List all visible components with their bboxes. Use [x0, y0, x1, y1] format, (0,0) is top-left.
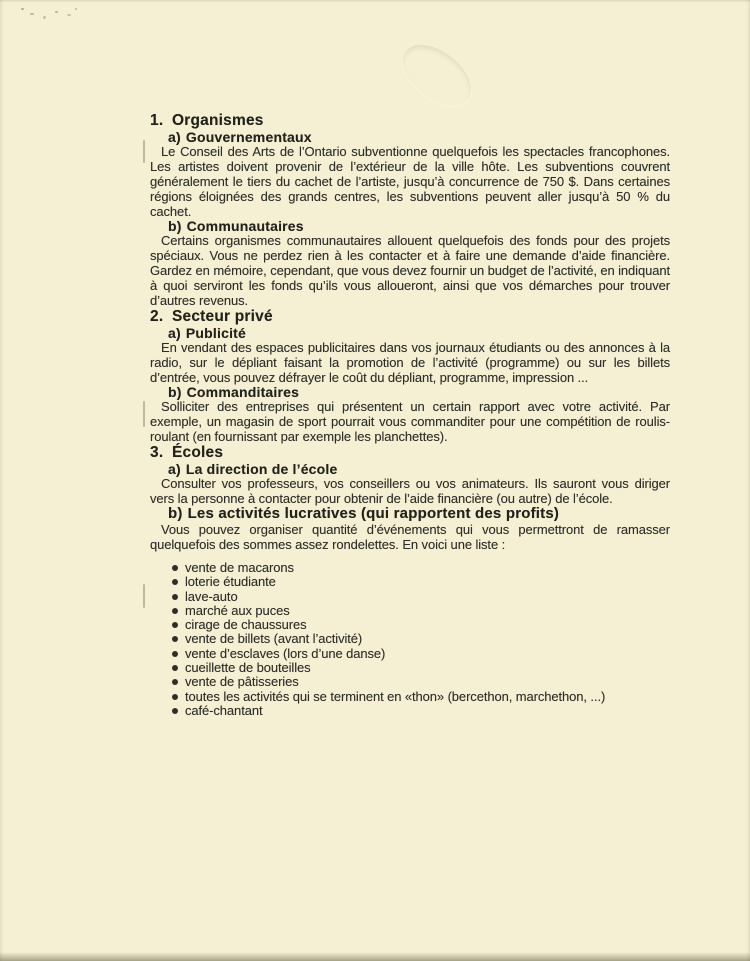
subsection-title: Publicité [186, 325, 246, 341]
section-number: 2. [150, 308, 172, 326]
subsection-label: b) [168, 218, 182, 234]
subsection-heading-communautaires: b)Communautaires [168, 219, 670, 233]
list-item: café-chantant [172, 704, 670, 718]
list-item: marché aux puces [172, 604, 670, 618]
paragraph-publicite: En vendant des espaces publicitaires dan… [150, 340, 670, 385]
paragraph-gouvernementaux: Le Conseil des Arts de l’Ontario subvent… [150, 144, 670, 219]
subsection-label: b) [168, 384, 182, 400]
list-item: lave-auto [172, 590, 670, 604]
paragraph-commanditaires: Solliciter des entreprises qui présenten… [150, 399, 670, 444]
list-item: cueillette de bouteilles [172, 661, 670, 675]
fold-mark [143, 140, 145, 163]
subsection-heading-gouvernementaux: a)Gouvernementaux [168, 130, 670, 144]
subsection-label: a) [168, 461, 181, 477]
subsection-label: a) [168, 129, 181, 145]
fold-mark [143, 584, 145, 608]
section-number: 3. [150, 444, 172, 462]
document-content: 1.Organismes a)Gouvernementaux Le Consei… [150, 112, 670, 718]
list-item-label: marché aux puces [185, 603, 290, 618]
list-item-label: toutes les activités qui se terminent en… [185, 689, 605, 704]
list-item-label: café-chantant [185, 703, 262, 718]
subsection-title: Gouvernementaux [186, 129, 312, 145]
paragraph-communautaires: Certains organismes communautaires allou… [150, 233, 670, 308]
bullet-icon [172, 636, 178, 642]
subsection-heading-activites-lucratives: b)Les activités lucratives (qui rapporte… [168, 506, 670, 522]
bullet-icon [172, 579, 178, 585]
paper-speck [43, 16, 46, 19]
list-item-label: cueillette de bouteilles [185, 660, 311, 675]
section-heading: 1.Organismes [150, 112, 670, 130]
section-secteur-prive: 2.Secteur privé a)Publicité En vendant d… [150, 308, 670, 444]
section-title: Écoles [172, 444, 223, 461]
bullet-icon [172, 608, 178, 614]
subsection-label: a) [168, 325, 181, 341]
bullet-icon [172, 679, 178, 685]
paper-speck [21, 8, 24, 10]
paper-speck [55, 11, 58, 13]
bullet-icon [172, 622, 178, 628]
subsection-heading-direction-ecole: a)La direction de l’école [168, 462, 670, 476]
scanned-document-page: 1.Organismes a)Gouvernementaux Le Consei… [0, 0, 750, 961]
list-item-label: loterie étudiante [185, 574, 276, 589]
subsection-title: Commanditaires [187, 384, 300, 400]
list-item: toutes les activités qui se terminent en… [172, 690, 670, 704]
section-heading: 2.Secteur privé [150, 308, 670, 326]
paper-speck [67, 14, 71, 16]
list-item-label: vente de macarons [185, 560, 294, 575]
section-title: Organismes [172, 112, 264, 129]
section-ecoles: 3.Écoles a)La direction de l’école Consu… [150, 444, 670, 718]
list-item: vente de billets (avant l’activité) [172, 632, 670, 646]
fold-mark [143, 401, 145, 427]
subsection-title: La direction de l’école [186, 461, 338, 477]
bullet-icon [172, 694, 178, 700]
list-item: loterie étudiante [172, 575, 670, 589]
list-item: vente de macarons [172, 561, 670, 575]
subsection-heading-publicite: a)Publicité [168, 326, 670, 340]
subsection-label: b) [168, 505, 183, 522]
list-item: cirage de chaussures [172, 618, 670, 632]
list-item-label: cirage de chaussures [185, 617, 307, 632]
section-title: Secteur privé [172, 308, 273, 325]
subsection-title: Communautaires [187, 218, 304, 234]
list-item-label: vente de billets (avant l’activité) [185, 631, 362, 646]
subsection-title: Les activités lucratives (qui rapportent… [188, 505, 560, 522]
bullet-icon [172, 594, 178, 600]
paper-crease [392, 33, 482, 117]
list-item-label: lave-auto [185, 589, 238, 604]
paper-speck [30, 13, 34, 15]
bullet-icon [172, 651, 178, 657]
list-item: vente de pâtisseries [172, 675, 670, 689]
paragraph-direction-ecole: Consulter vos professeurs, vos conseille… [150, 476, 670, 506]
scan-shadow-bottom [0, 952, 750, 961]
section-number: 1. [150, 112, 172, 130]
activities-list: vente de macarons loterie étudiante lave… [172, 561, 670, 718]
section-organismes: 1.Organismes a)Gouvernementaux Le Consei… [150, 112, 670, 308]
bullet-icon [172, 708, 178, 714]
paragraph-activites-lucratives: Vous pouvez organiser quantité d’événeme… [150, 522, 670, 552]
paper-speck [75, 8, 77, 10]
section-heading: 3.Écoles [150, 444, 670, 462]
list-item-label: vente de pâtisseries [185, 674, 299, 689]
bullet-icon [172, 565, 178, 571]
subsection-heading-commanditaires: b)Commanditaires [168, 385, 670, 399]
list-item-label: vente d’esclaves (lors d’une danse) [185, 646, 385, 661]
list-item: vente d’esclaves (lors d’une danse) [172, 647, 670, 661]
bullet-icon [172, 665, 178, 671]
